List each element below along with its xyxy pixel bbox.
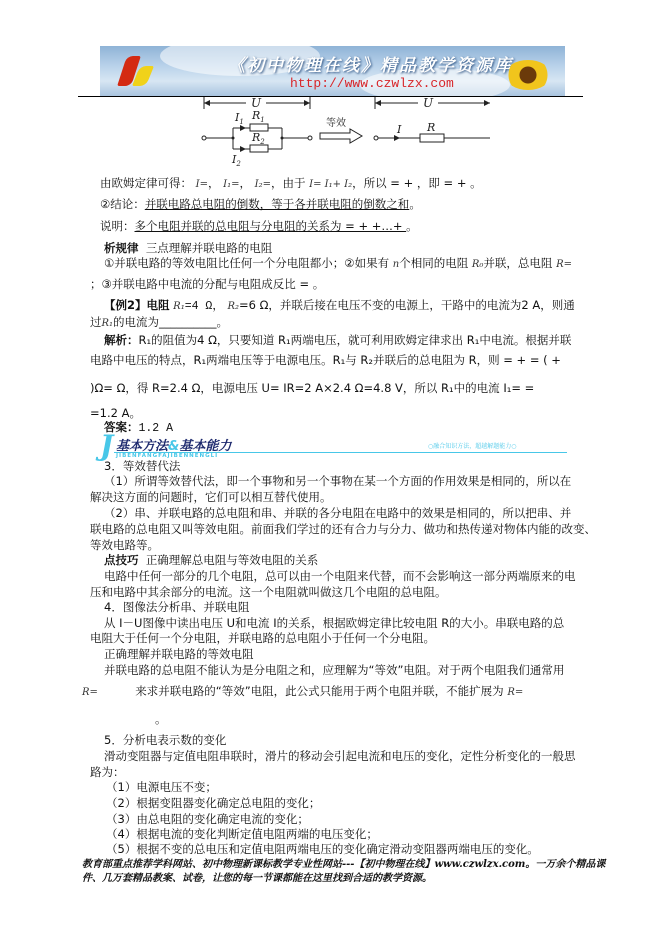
banner-title: 《初中物理在线》精品教学资源库 (228, 51, 513, 76)
section-3-para-2b: 联电路的总电阻又叫等效电阻。前面我们学过的还有合力与分力、做功和热传递对物体内能… (90, 522, 596, 536)
section-5-step-2: （2）根据变阻器变化确定总电阻的变化； (106, 796, 320, 810)
section-5-step-1: （1）电源电压不变； (106, 780, 217, 794)
section-3-para-1a: （1）所谓等效替代法，即一个事物和另一个事物在某一个方面的作用效果是相同的，所以… (104, 474, 571, 488)
rule-line-1: ①并联电路的等效电阻比任何一个分电阻都小；②如果有 n个相同的电阻 R₀并联，总… (104, 256, 572, 272)
section-5-step-5: （5）根据不变的总电压和定值电阻两端电压的变化确定滑动变阻器两端电压的变化。 (106, 842, 539, 856)
section-tagline: ○融合知识方法，超越解题能力○ (428, 441, 516, 450)
tip-title: 点技巧 (104, 553, 139, 567)
section-4-para-2: 电阻大于任何一个分电阻，并联电路的总电阻小于任何一个分电阻。 (90, 631, 435, 645)
section-3-para-1b: 解决这方面的问题时，它们可以相互替代使用。 (90, 490, 332, 504)
analysis-title: 解析： (104, 333, 139, 347)
label-u-left: U (251, 96, 261, 110)
section-title: 基本方法&基本能力 (116, 435, 231, 454)
label-u-right: U (423, 96, 433, 110)
conclusion-text: 并联电路总电阻的倒数，等于各并联电阻的倒数之和 (145, 197, 410, 211)
document-page: 《初中物理在线》精品教学资源库 http://www.czwlzx.com (0, 0, 661, 936)
site-banner: 《初中物理在线》精品教学资源库 http://www.czwlzx.com (100, 46, 565, 96)
footer-line-2: 件、几万套精品教案、试卷，让您的每一节课都能在这里找到合适的教学资源。 (82, 869, 432, 884)
tip-para-2: 压和电路中其余部分的电流。这一个电阻就叫做这几个电阻的总电阻。 (90, 585, 447, 599)
section-5-para-1: 滑动变阻器与定值电阻串联时，滑片的移动会引起电流和电压的变化，定性分析变化的一般… (104, 749, 576, 763)
equivalent-end: 。 (155, 712, 167, 726)
section-4-title: 4．图像法分析串、并联电阻 (104, 600, 249, 614)
equivalent-para-2: R= 来求并联电路的“等效”电阻，此公式只能用于两个电阻并联，不能扩展为 R= (82, 684, 523, 700)
label-i2: I2 (232, 153, 241, 168)
banner-url: http://www.czwlzx.com (290, 76, 454, 91)
example-line-1: 【例2】电阻 R₁=4 Ω， R₂=6 Ω，并联后接在电压不变的电源上，干路中的… (104, 298, 575, 314)
equivalent-label: 等效 (326, 114, 346, 129)
answer-blank: __________ (159, 315, 217, 329)
sunflower-icon (505, 60, 551, 90)
equivalent-para-1: 并联电路的总电阻不能认为是分电阻之和，应理解为“等效”电阻。对于两个电阻我们通常… (104, 663, 564, 677)
note-text: 多个电阻并联的总电阻与分电阻的关系为 = + +…+ (135, 219, 407, 233)
tip-para-1: 电路中任何一部分的几个电阻，总可以由一个电阻来代替，而不会影响这一部分两端原来的… (104, 569, 576, 583)
label-i: I (397, 123, 401, 136)
conclusion-line: ②结论：并联电路总电阻的倒数，等于各并联电阻的倒数之和。 (100, 197, 421, 211)
rule-heading-line: 析规律 三点理解并联电路的电阻 (104, 241, 272, 255)
rule-title: 析规律 (104, 241, 139, 255)
section-5-step-3: （3）由总电阻的变化确定电流的变化； (106, 812, 309, 826)
label-r: R (427, 121, 435, 134)
label-r1: R1 (252, 109, 265, 124)
section-header-basic-methods: J 基本方法&基本能力 JIBENFANGFAJIBENNENGLI ○融合知识… (100, 431, 570, 461)
analysis-line-3: )Ω= Ω，得 R=2.4 Ω，电源电压 U= IR=2 A×2.4 Ω=4.8… (90, 381, 534, 395)
section-5-title: 5．分析电表示数的变化 (104, 733, 226, 747)
section-3-title: 3．等效替代法 (104, 459, 180, 473)
rule-line-2: ；③并联电路中电流的分配与电阻成反比 = 。 (90, 277, 324, 291)
footer-line-1: 教育部重点推荐学科网站、初中物理新课标教学专业性网站---【初中物理在线】www… (82, 855, 605, 870)
label-r2: R2 (252, 131, 265, 146)
circuit-diagram: U U I1 R1 R2 I2 等效 I R (190, 95, 490, 171)
example-line-2: 过R₁的电流为__________。 (90, 315, 228, 331)
section-5-para-2: 路为： (90, 765, 125, 779)
analysis-line-4: =1.2 A。 (90, 406, 141, 420)
label-i1: I1 (235, 111, 244, 126)
section-5-step-4: （4）根据电流的变化判断定值电阻两端的电压变化； (106, 827, 378, 841)
section-3-para-2c: 等效电路等。 (90, 538, 159, 552)
section-3-para-2a: （2）串、并联电路的总电阻和串、并联的各分电阻在电路中的效果是相同的，所以把串、… (104, 506, 571, 520)
analysis-line-2: 电路中电压的特点，R₁两端电压等于电源电压。R₁与 R₂并联后的总电阻为 R，则… (90, 353, 561, 367)
ohm-law-line: 由欧姆定律可得： I=， I₁=， I₂=，由于 I= I₁+ I₂，所以 = … (100, 176, 482, 192)
section-4-para-1: 从 I－U图像中读出电压 U和电流 I的关系，根据欧姆定律比较电阻 R的大小。串… (104, 616, 564, 630)
equivalent-title: 正确理解并联电路的等效电阻 (104, 647, 254, 661)
note-line: 说明：多个电阻并联的总电阻与分电阻的关系为 = + +…+ 。 (100, 219, 418, 233)
analysis-line-1: 解析：R₁的阻值为4 Ω，只要知道 R₁两端电压，就可利用欧姆定律求出 R₁中电… (104, 333, 571, 347)
tip-heading-line: 点技巧 正确理解总电阻与等效电阻的关系 (104, 553, 318, 567)
section-letter-icon: J (100, 429, 113, 462)
